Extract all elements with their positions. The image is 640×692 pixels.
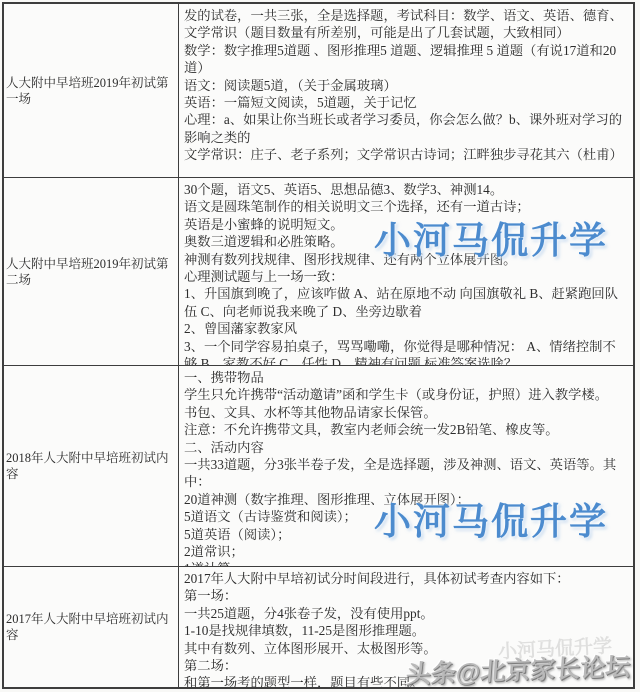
- row-content-cell: 发的试卷，一共三张，全是选择题，考试科目：数学、语文、英语、德育、文学常识（题目…: [179, 4, 633, 177]
- content-line: 一、携带物品: [184, 369, 629, 386]
- content-line: 奥数三道逻辑和必胜策略。: [184, 233, 629, 250]
- row-content-cell: 一、携带物品学生只允许携带“活动邀请”函和学生卡（或身份证，护照）进入教学楼。书…: [179, 366, 633, 566]
- content-line: 英语：一篇短文阅读，5道题，关于记忆: [184, 94, 629, 111]
- content-line: 第一场：: [184, 587, 629, 604]
- content-line: 语文是圆珠笔制作的相关说明文三个选择，还有一道古诗；: [184, 198, 629, 215]
- content-line: 神测有数列找规律、图形找规律、还有两个立体展开图。: [184, 251, 629, 268]
- content-line: 2、曾国藩家教家风: [184, 320, 629, 337]
- content-line: 一共33道题，分3张半卷子发，全是选择题，涉及神测、语文、英语等。其中：: [184, 456, 629, 491]
- content-line: 和第一场考的题型一样，题目有些不同。: [184, 674, 629, 687]
- row-content-cell: 30个题，语文5、英语5、思想品德3、数学3、神测14。语文是圆珠笔制作的相关说…: [179, 178, 633, 365]
- content-line: 其中有数列、立体图形展开、太极图形等。: [184, 640, 629, 657]
- content-line: 语文：阅读题5道，（关于金属玻璃）: [184, 77, 629, 94]
- table-row: 人大附中早培班2019年初试第一场 发的试卷，一共三张，全是选择题，考试科目：数…: [4, 4, 633, 178]
- content-line: 第二场：: [184, 657, 629, 674]
- content-line: 1道计算。: [184, 560, 629, 566]
- content-line: 心理测试题与上一场一致：: [184, 268, 629, 285]
- content-line: 二、活动内容: [184, 439, 629, 456]
- row-header-cell: 2017年人大附中早培班初试内容: [4, 567, 179, 687]
- content-line: 5道英语（阅读）；: [184, 526, 629, 543]
- table-row: 人大附中早培班2019年初试第二场 30个题，语文5、英语5、思想品德3、数学3…: [4, 178, 633, 366]
- content-line: 1-10是找规律填数，11-25是图形推理题。: [184, 622, 629, 639]
- content-line: 心理：a、如果让你当班长或者学习委员，你会怎么做？b、课外班对学习的影响之类的: [184, 111, 629, 146]
- row-header-cell: 2018年人大附中早培班初试内容: [4, 366, 179, 566]
- content-line: 学生只允许携带“活动邀请”函和学生卡（或身份证，护照）进入教学楼。: [184, 386, 629, 403]
- content-line: 30个题，语文5、英语5、思想品德3、数学3、神测14。: [184, 181, 629, 198]
- document-page: 人大附中早培班2019年初试第一场 发的试卷，一共三张，全是选择题，考试科目：数…: [0, 0, 640, 692]
- row-header-cell: 人大附中早培班2019年初试第二场: [4, 178, 179, 365]
- content-line: 一共25道题，分4张卷子发，没有使用ppt。: [184, 605, 629, 622]
- content-line: 20道神测（数字推理、图形推理、立体展开图）；: [184, 491, 629, 508]
- content-line: 注意：不允许携带文具，教室内老师会统一发2B铅笔、橡皮等。: [184, 421, 629, 438]
- content-line: 发的试卷，一共三张，全是选择题，考试科目：数学、语文、英语、德育、文学常识（题目…: [184, 7, 629, 42]
- content-line: 2017年人大附中早培初试分时间段进行，具体初试考查内容如下：: [184, 570, 629, 587]
- content-line: 3、一个同学容易拍桌子，骂骂嘞嘞，你觉得是哪种情况： A、情绪控制不够 B、家教…: [184, 338, 629, 365]
- content-line: 文学常识：庄子、老子系列；文学常识古诗词；江畔独步寻花其六（杜甫）: [184, 146, 629, 163]
- content-line: 1、升国旗到晚了，应该咋做 A、站在原地不动 向国旗敬礼 B、赶紧跑回队伍 C、…: [184, 285, 629, 320]
- row-header-cell: 人大附中早培班2019年初试第一场: [4, 4, 179, 177]
- content-line: 2道常识；: [184, 543, 629, 560]
- exam-info-table: 人大附中早培班2019年初试第一场 发的试卷，一共三张，全是选择题，考试科目：数…: [2, 2, 635, 689]
- table-row: 2018年人大附中早培班初试内容 一、携带物品学生只允许携带“活动邀请”函和学生…: [4, 366, 633, 567]
- content-line: 书包、文具、水杯等其他物品请家长保管。: [184, 404, 629, 421]
- table-row: 2017年人大附中早培班初试内容 2017年人大附中早培初试分时间段进行，具体初…: [4, 567, 633, 687]
- content-line: 5道语文（古诗鉴赏和阅读）；: [184, 508, 629, 525]
- content-line: 英语是小蜜蜂的说明短文。: [184, 216, 629, 233]
- row-content-cell: 2017年人大附中早培初试分时间段进行，具体初试考查内容如下：第一场：一共25道…: [179, 567, 633, 687]
- content-line: 数学：数字推理5道题 、图形推理5 道题、逻辑推理 5 道题（有说17道和20道…: [184, 42, 629, 77]
